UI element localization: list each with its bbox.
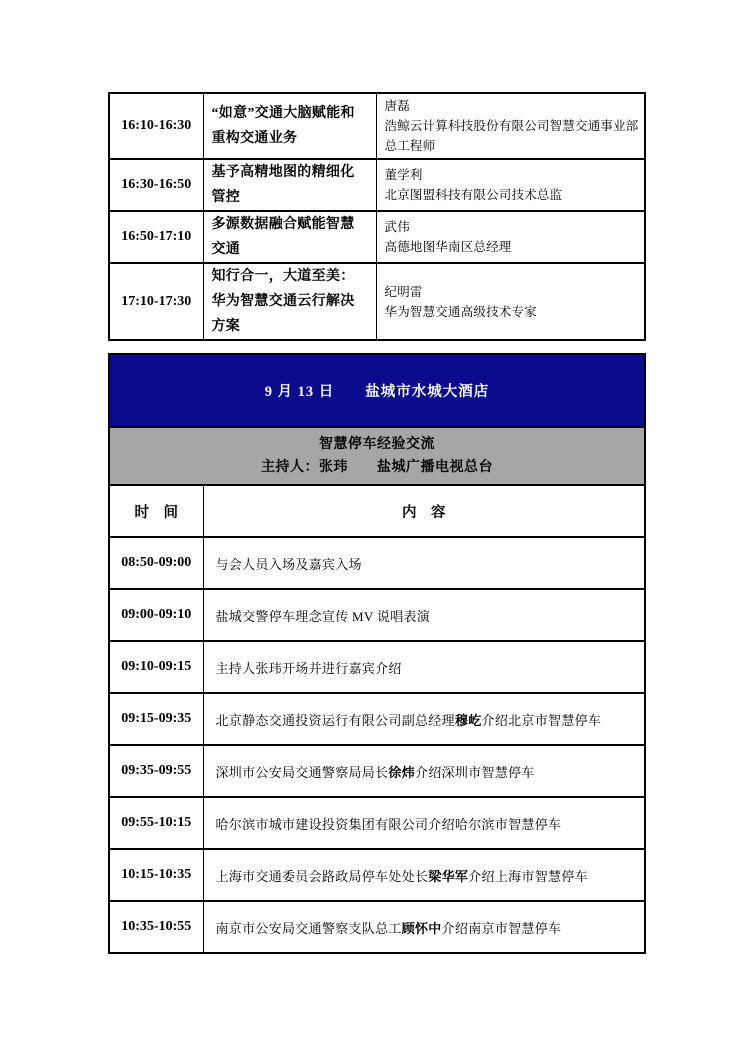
session-topic: 知行合一，大道至美：华为智慧交通云行解决方案 xyxy=(203,263,376,340)
content-text: 介绍深圳市智慧停车 xyxy=(415,765,535,780)
agenda-content: 深圳市公安局交通警察局局长徐炜介绍深圳市智慧停车 xyxy=(203,745,645,797)
agenda-time: 09:35-09:55 xyxy=(109,745,203,797)
session-speaker: 唐磊 浩鲸云计算科技股份有限公司智慧交通事业部总工程师 xyxy=(376,93,645,159)
agenda-time: 09:00-09:10 xyxy=(109,589,203,641)
content-text: 哈尔滨市城市建设投资集团有限公司介绍哈尔滨市智慧停车 xyxy=(216,817,562,832)
agenda-content: 主持人张玮开场并进行嘉宾介绍 xyxy=(203,641,645,693)
content-text: 北京静态交通投资运行有限公司副总经理 xyxy=(216,713,455,728)
speaker-title: 浩鲸云计算科技股份有限公司智慧交通事业部总工程师 xyxy=(385,116,641,156)
content-text: 盐城交警停车理念宣传 MV 说唱表演 xyxy=(216,609,431,624)
content-text: 南京市公安局交通警察支队总工 xyxy=(216,921,402,936)
session-topic: “如意”交通大脑赋能和重构交通业务 xyxy=(203,93,376,159)
speaker-title: 高德地图华南区总经理 xyxy=(385,237,641,257)
table-row: 09:00-09:10 盐城交警停车理念宣传 MV 说唱表演 xyxy=(109,589,645,641)
table-row: 9 月 13 日 盐城市水城大酒店 xyxy=(109,354,645,427)
table-row: 16:50-17:10 多源数据融合赋能智慧交通 武伟 高德地图华南区总经理 xyxy=(109,211,645,263)
agenda-content: 哈尔滨市城市建设投资集团有限公司介绍哈尔滨市智慧停车 xyxy=(203,797,645,849)
document-page: 16:10-16:30 “如意”交通大脑赋能和重构交通业务 唐磊 浩鲸云计算科技… xyxy=(0,0,750,1060)
table-row: 16:30-16:50 基予高精地图的精细化管控 董学利 北京图盟科技有限公司技… xyxy=(109,159,645,211)
agenda-content: 北京静态交通投资运行有限公司副总经理穆屹介绍北京市智慧停车 xyxy=(203,693,645,745)
agenda-time: 09:15-09:35 xyxy=(109,693,203,745)
session-time: 16:50-17:10 xyxy=(109,211,203,263)
agenda-content: 盐城交警停车理念宣传 MV 说唱表演 xyxy=(203,589,645,641)
speaker-title: 华为智慧交通高级技术专家 xyxy=(385,302,641,322)
table-row: 09:10-09:15 主持人张玮开场并进行嘉宾介绍 xyxy=(109,641,645,693)
content-text: 上海市交通委员会路政局停车处处长 xyxy=(216,869,429,884)
session-title: 智慧停车经验交流 xyxy=(111,433,643,456)
content-text: 深圳市公安局交通警察局局长 xyxy=(216,765,389,780)
session-time: 17:10-17:30 xyxy=(109,263,203,340)
session-speaker: 董学利 北京图盟科技有限公司技术总监 xyxy=(376,159,645,211)
table-row: 08:50-09:00 与会人员入场及嘉宾入场 xyxy=(109,537,645,589)
speaker-name: 武伟 xyxy=(385,217,641,237)
column-header-content: 内 容 xyxy=(203,485,645,537)
speaker-title: 北京图盟科技有限公司技术总监 xyxy=(385,185,641,205)
session-time: 16:30-16:50 xyxy=(109,159,203,211)
agenda-content: 南京市公安局交通警察支队总工顾怀中介绍南京市智慧停车 xyxy=(203,901,645,953)
content-text: 主持人张玮开场并进行嘉宾介绍 xyxy=(216,661,402,676)
content-person-name: 穆屹 xyxy=(455,713,482,728)
column-header-time: 时 间 xyxy=(109,485,203,537)
session-topic: 多源数据融合赋能智慧交通 xyxy=(203,211,376,263)
session-speaker: 纪明雷 华为智慧交通高级技术专家 xyxy=(376,263,645,340)
content-text: 与会人员入场及嘉宾入场 xyxy=(216,557,362,572)
afternoon-agenda-table: 16:10-16:30 “如意”交通大脑赋能和重构交通业务 唐磊 浩鲸云计算科技… xyxy=(108,92,646,341)
content-text: 介绍上海市智慧停车 xyxy=(468,869,588,884)
parking-session-table: 9 月 13 日 盐城市水城大酒店 智慧停车经验交流 主持人：张玮 盐城广播电视… xyxy=(108,353,646,954)
agenda-time: 09:55-10:15 xyxy=(109,797,203,849)
table-row: 16:10-16:30 “如意”交通大脑赋能和重构交通业务 唐磊 浩鲸云计算科技… xyxy=(109,93,645,159)
table-row: 10:35-10:55 南京市公安局交通警察支队总工顾怀中介绍南京市智慧停车 xyxy=(109,901,645,953)
session-time: 16:10-16:30 xyxy=(109,93,203,159)
content-person-name: 梁华军 xyxy=(428,869,468,884)
speaker-name: 纪明雷 xyxy=(385,282,641,302)
date-venue-banner: 9 月 13 日 盐城市水城大酒店 xyxy=(109,354,645,427)
table-row: 17:10-17:30 知行合一，大道至美：华为智慧交通云行解决方案 纪明雷 华… xyxy=(109,263,645,340)
session-title-banner: 智慧停车经验交流 主持人：张玮 盐城广播电视总台 xyxy=(109,427,645,485)
table-row: 09:15-09:35 北京静态交通投资运行有限公司副总经理穆屹介绍北京市智慧停… xyxy=(109,693,645,745)
session-topic: 基予高精地图的精细化管控 xyxy=(203,159,376,211)
content-person-name: 顾怀中 xyxy=(402,921,442,936)
table-row: 09:35-09:55 深圳市公安局交通警察局局长徐炜介绍深圳市智慧停车 xyxy=(109,745,645,797)
agenda-time: 08:50-09:00 xyxy=(109,537,203,589)
table-row: 时 间 内 容 xyxy=(109,485,645,537)
table-row: 智慧停车经验交流 主持人：张玮 盐城广播电视总台 xyxy=(109,427,645,485)
agenda-content: 上海市交通委员会路政局停车处处长梁华军介绍上海市智慧停车 xyxy=(203,849,645,901)
table-row: 10:15-10:35 上海市交通委员会路政局停车处处长梁华军介绍上海市智慧停车 xyxy=(109,849,645,901)
agenda-time: 10:15-10:35 xyxy=(109,849,203,901)
speaker-name: 董学利 xyxy=(385,165,641,185)
content-person-name: 徐炜 xyxy=(388,765,415,780)
moderator-line: 主持人：张玮 盐城广播电视总台 xyxy=(111,456,643,479)
speaker-name: 唐磊 xyxy=(385,96,641,116)
agenda-time: 10:35-10:55 xyxy=(109,901,203,953)
agenda-content: 与会人员入场及嘉宾入场 xyxy=(203,537,645,589)
content-text: 介绍北京市智慧停车 xyxy=(482,713,602,728)
session-speaker: 武伟 高德地图华南区总经理 xyxy=(376,211,645,263)
agenda-time: 09:10-09:15 xyxy=(109,641,203,693)
table-row: 09:55-10:15 哈尔滨市城市建设投资集团有限公司介绍哈尔滨市智慧停车 xyxy=(109,797,645,849)
content-text: 介绍南京市智慧停车 xyxy=(442,921,562,936)
